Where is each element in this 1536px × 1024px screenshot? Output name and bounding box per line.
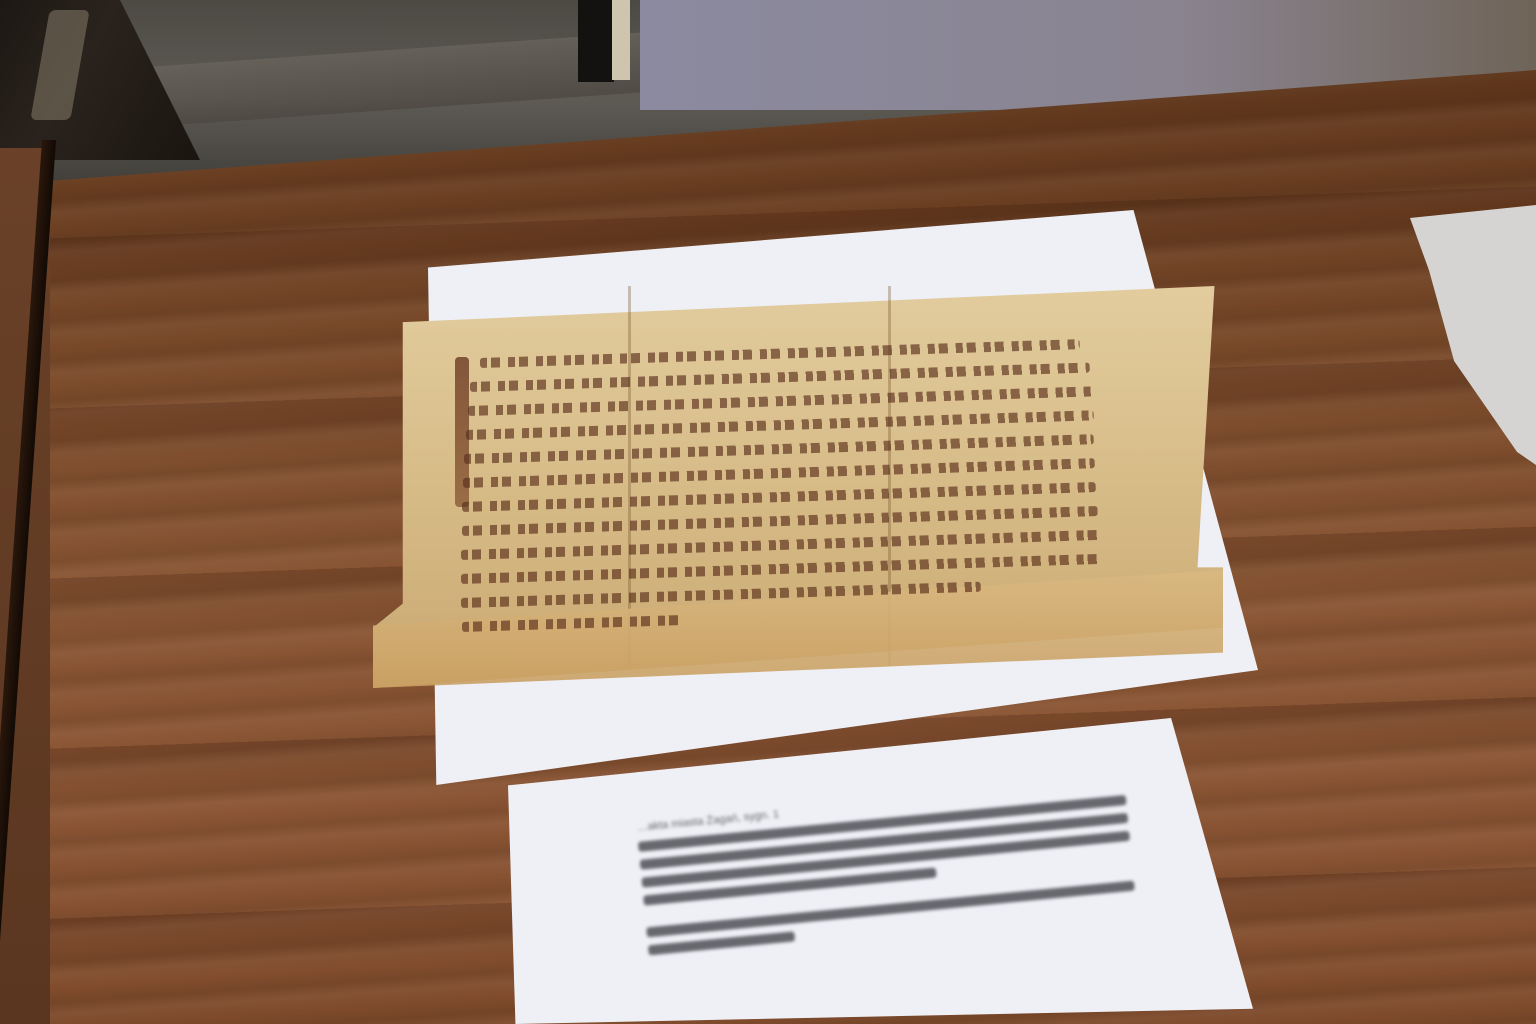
dark-post [578, 0, 614, 82]
post-edge [612, 0, 630, 80]
photo-scene: …akta miasta Żagań, sygn. 1 [0, 0, 1536, 1024]
